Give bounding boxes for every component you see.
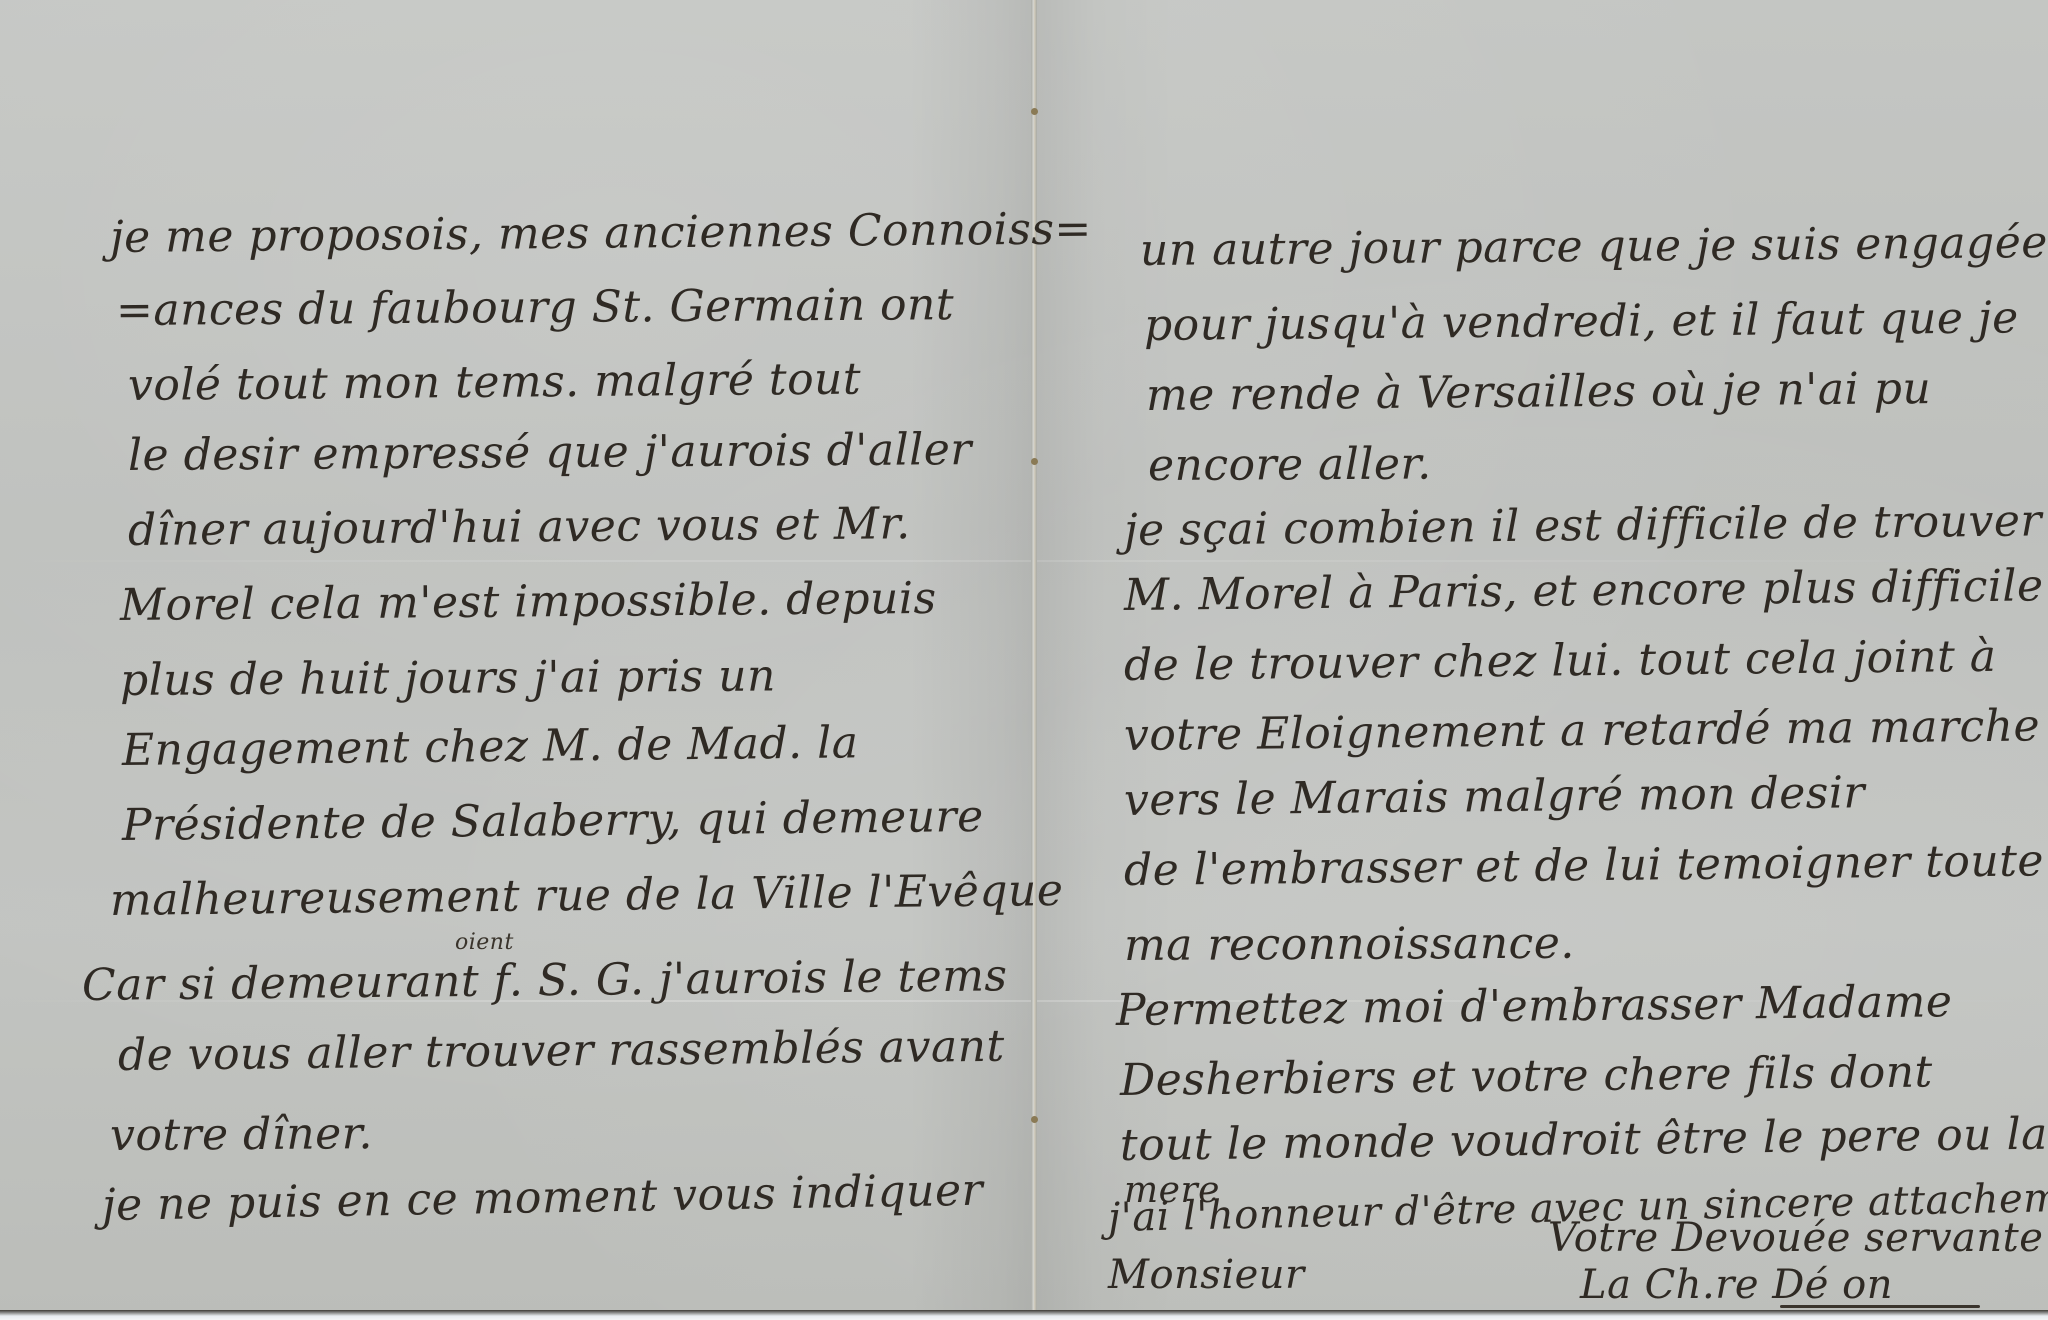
text-line: Morel cela m'est impossible. depuis (120, 573, 937, 631)
text-line: de vous aller trouver rassemblés avant (118, 1021, 1005, 1081)
interlinear-correction: oient (455, 930, 514, 955)
text-line: vers le Marais malgré mon desir (1124, 767, 1865, 826)
text-line: me rende à Versailles où je n'ai pu (1146, 363, 1932, 421)
text-line: Permettez moi d'embrasser Madame (1116, 976, 1953, 1036)
text-line: Engagement chez M. de Mad. la (122, 717, 859, 776)
text-line: ma reconnoissance. (1124, 918, 1575, 971)
text-line: de l'embrasser et de lui temoigner toute (1124, 835, 2044, 896)
text-line: pour jusqu'à vendredi, et il faut que je (1144, 292, 2019, 351)
salutation: Monsieur (1108, 1252, 1305, 1298)
signature-underline (1780, 1305, 1980, 1308)
text-line: encore aller. (1148, 439, 1432, 491)
text-line: votre dîner. (110, 1108, 373, 1161)
text-line: M. Morel à Paris, et encore plus diffici… (1124, 560, 2044, 621)
signature: La Ch.re Dé on (1580, 1262, 1893, 1308)
text-line: je sçai combien il est difficile de trou… (1124, 495, 2042, 556)
text-line: =ances du faubourg St. Germain ont (116, 279, 954, 336)
text-line: un autre jour parce que je suis engagée (1140, 217, 2048, 276)
fold-pinhole (1031, 108, 1038, 115)
paper-crease (0, 560, 2048, 562)
text-line: plus de huit jours j'ai pris un (120, 650, 776, 706)
text-line: je me proposois, mes anciennes Connoiss= (110, 203, 1092, 263)
text-line: votre Eloignement a retardé ma marche (1124, 700, 2041, 761)
text-line: malheureusement rue de la Ville l'Evêque (110, 865, 1064, 926)
text-line: le desir empressé que j'aurois d'aller (128, 424, 972, 481)
text-line: Présidente de Salaberry, qui demeure (122, 791, 984, 851)
text-line: dîner aujourd'hui avec vous et Mr. (128, 498, 911, 556)
fold-pinhole (1031, 1116, 1038, 1123)
page-bottom-edge (0, 1310, 2048, 1320)
letter-photograph: je me proposois, mes anciennes Connoiss=… (0, 0, 2048, 1320)
text-line: de le trouver chez lui. tout cela joint … (1124, 631, 1997, 691)
text-line: Car si demeurant f. S. G. j'aurois le te… (82, 950, 1008, 1011)
text-line: volé tout mon tems. malgré tout (128, 354, 862, 411)
valediction: Votre Devouée servante (1548, 1215, 2043, 1261)
text-line: Desherbiers et votre chere fils dont (1120, 1046, 1933, 1106)
fold-pinhole (1031, 458, 1038, 465)
